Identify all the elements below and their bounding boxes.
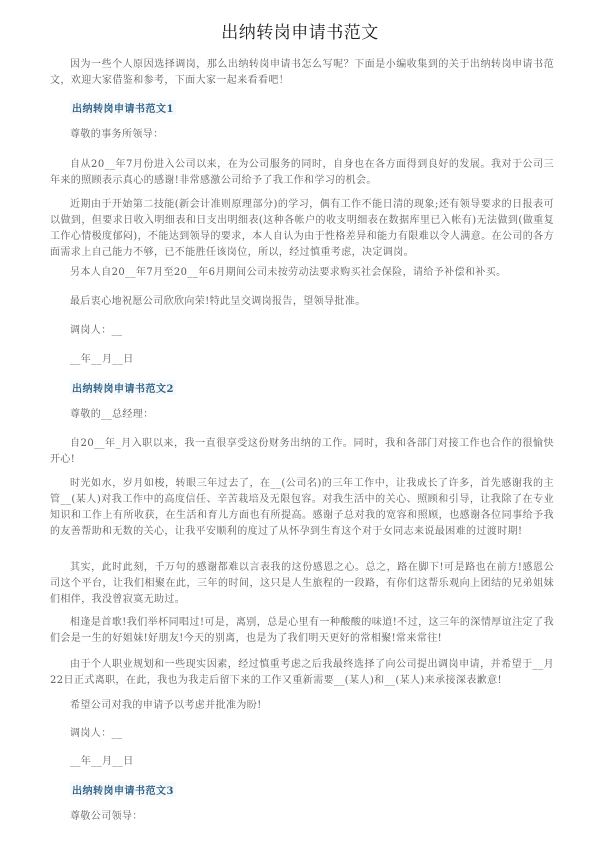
section-2-signature: 调岗人：__ <box>70 726 554 742</box>
section-2-salutation: 尊敬的__总经理： <box>70 407 554 423</box>
section-2-paragraph-4: 相逢是首歌!我们举杯同唱过!可是，离别，总是心里有一种酸酸的味道!不过，这三年的… <box>50 615 554 647</box>
section-2-paragraph-1: 自20__年_月入职以来，我一直很享受这份财务出纳的工作。同时，我和各部门对接工… <box>50 436 554 468</box>
section-1-date: __年__月__日 <box>70 352 554 368</box>
section-1-paragraph-4: 最后衷心地祝愿公司欣欣向荣!特此呈交调岗报告，望领导批准。 <box>70 294 554 310</box>
section-1-paragraph-3: 另本人自20__年7月至20__年6月期间公司未按劳动法要求购买社会保险，请给予… <box>70 265 554 281</box>
section-3-heading: 出纳转岗申请书范文3 <box>70 782 176 797</box>
section-2-paragraph-5: 由于个人职业规划和一些现实因素，经过慎重考虑之后我最终选择了向公司提出调岗申请，… <box>50 657 554 689</box>
section-1-heading: 出纳转岗申请书范文1 <box>70 100 176 115</box>
section-1-paragraph-1: 自从20__年7月份进入公司以来，在为公司服务的同时，自身也在各方面得到良好的发… <box>50 157 554 189</box>
section-2-paragraph-3: 其实，此时此刻，千万句的感谢都难以言表我的这份感恩之心。总之，路在脚下!可是路也… <box>50 560 554 608</box>
section-1-salutation: 尊敬的事务所领导： <box>70 127 554 143</box>
document-page: 出纳转岗申请书范文 因为一些个人原因选择调岗，那么出纳转岗申请书怎么写呢？下面是… <box>0 0 600 849</box>
section-1-paragraph-2: 近期由于开始第二技能(新会计准则原理部分)的学习，偶有工作不能日清的现象;还有领… <box>50 197 554 261</box>
intro-paragraph: 因为一些个人原因选择调岗，那么出纳转岗申请书怎么写呢？下面是小编收集到的关于出纳… <box>50 57 554 89</box>
section-3-salutation: 尊敬公司领导： <box>70 809 554 825</box>
section-2-date: __年__月__日 <box>70 754 554 770</box>
section-2-paragraph-6: 希望公司对我的申请予以考虑并批准为盼! <box>70 698 554 714</box>
section-1-signature: 调岗人：__ <box>70 323 554 339</box>
document-title: 出纳转岗申请书范文 <box>0 18 600 43</box>
section-2-heading: 出纳转岗申请书范文2 <box>70 380 176 395</box>
section-2-paragraph-2: 时光如水，岁月如梭，转眼三年过去了，在__(公司名)的三年工作中，让我成长了许多… <box>50 476 554 540</box>
